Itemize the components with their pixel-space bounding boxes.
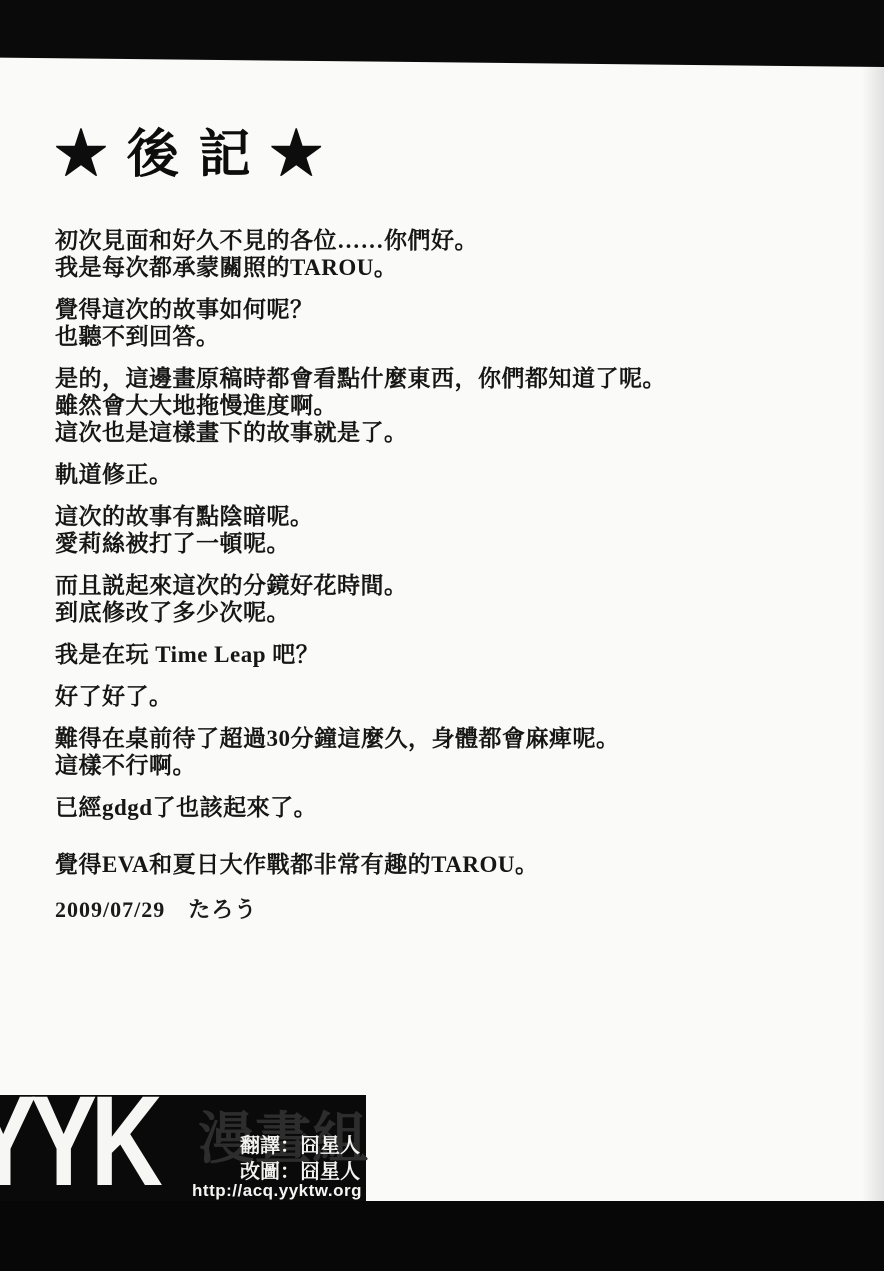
text-line: 難得在桌前待了超過30分鐘這麼久，身體都會麻痺呢。 <box>55 726 620 751</box>
text-line: 好了好了。 <box>55 684 173 709</box>
text-line: 已經gdgd了也該起來了。 <box>55 795 317 820</box>
top-black-bar <box>0 0 884 67</box>
afterword-paragraph: 覺得EVA和夏日大作戰都非常有趣的TAROU。 <box>55 851 825 878</box>
translator-credit-value: 囧星人 <box>300 1135 360 1157</box>
scanlation-group-logo: YYK 漫畫組 翻譯：囧星人 改圖：囧星人 http://acq.yyktw.o… <box>0 1095 366 1202</box>
text-line: 這樣不行啊。 <box>55 753 196 778</box>
afterword-paragraph: 這次的故事有點陰暗呢。愛莉絲被打了一頓呢。 <box>55 503 825 557</box>
afterword-paragraph: 初次見面和好久不見的各位……你們好。我是每次都承蒙關照的TAROU。 <box>55 227 825 281</box>
text-line: 覺得這次的故事如何呢？ <box>55 297 314 322</box>
text-line: 覺得EVA和夏日大作戰都非常有趣的TAROU。 <box>55 852 538 877</box>
afterword-page: ★後記★ 初次見面和好久不見的各位……你們好。我是每次都承蒙關照的TAROU。覺… <box>55 112 825 924</box>
text-line: 是的，這邊畫原稿時都會看點什麼東西，你們都知道了呢。 <box>55 366 666 391</box>
translator-credit: 翻譯：囧星人 <box>240 1133 360 1159</box>
editor-credit-label: 改圖： <box>240 1161 300 1183</box>
afterword-paragraph: 好了好了。 <box>55 683 825 710</box>
afterword-body: 初次見面和好久不見的各位……你們好。我是每次都承蒙關照的TAROU。覺得這次的故… <box>55 227 825 878</box>
group-name-logo: YYK <box>0 1087 157 1197</box>
text-line: 愛莉絲被打了一頓呢。 <box>55 531 290 556</box>
text-line: 而且説起來這次的分鏡好花時間。 <box>55 573 408 598</box>
text-line: 也聽不到回答。 <box>55 324 220 349</box>
text-line: 雖然會大大地拖慢進度啊。 <box>55 393 337 418</box>
translator-credit-label: 翻譯： <box>240 1135 300 1157</box>
date-signature: 2009/07/29 たろう <box>55 893 825 924</box>
bottom-black-bar <box>0 1201 884 1271</box>
afterword-paragraph: 是的，這邊畫原稿時都會看點什麼東西，你們都知道了呢。雖然會大大地拖慢進度啊。這次… <box>55 365 825 446</box>
text-line: 我是在玩 Time Leap 吧？ <box>55 642 319 667</box>
scan-shadow <box>862 60 884 1202</box>
credits-block: 翻譯：囧星人 改圖：囧星人 <box>240 1133 360 1185</box>
text-line: 這次也是這樣畫下的故事就是了。 <box>55 420 408 445</box>
page-title: ★後記★ <box>55 112 825 187</box>
text-line: 到底修改了多少次呢。 <box>55 600 290 625</box>
afterword-paragraph: 已經gdgd了也該起來了。 <box>55 794 825 821</box>
afterword-paragraph: 我是在玩 Time Leap 吧？ <box>55 641 825 668</box>
group-url: http://acq.yyktw.org <box>192 1181 362 1201</box>
text-line: 我是每次都承蒙關照的TAROU。 <box>55 255 397 280</box>
text-line: 初次見面和好久不見的各位……你們好。 <box>55 228 478 253</box>
text-line: 軌道修正。 <box>55 462 173 487</box>
afterword-paragraph: 覺得這次的故事如何呢？也聽不到回答。 <box>55 296 825 350</box>
editor-credit-value: 囧星人 <box>300 1161 360 1183</box>
afterword-paragraph: 難得在桌前待了超過30分鐘這麼久，身體都會麻痺呢。這樣不行啊。 <box>55 725 825 779</box>
afterword-paragraph: 軌道修正。 <box>55 461 825 488</box>
text-line: 這次的故事有點陰暗呢。 <box>55 504 314 529</box>
afterword-paragraph: 而且説起來這次的分鏡好花時間。到底修改了多少次呢。 <box>55 572 825 626</box>
